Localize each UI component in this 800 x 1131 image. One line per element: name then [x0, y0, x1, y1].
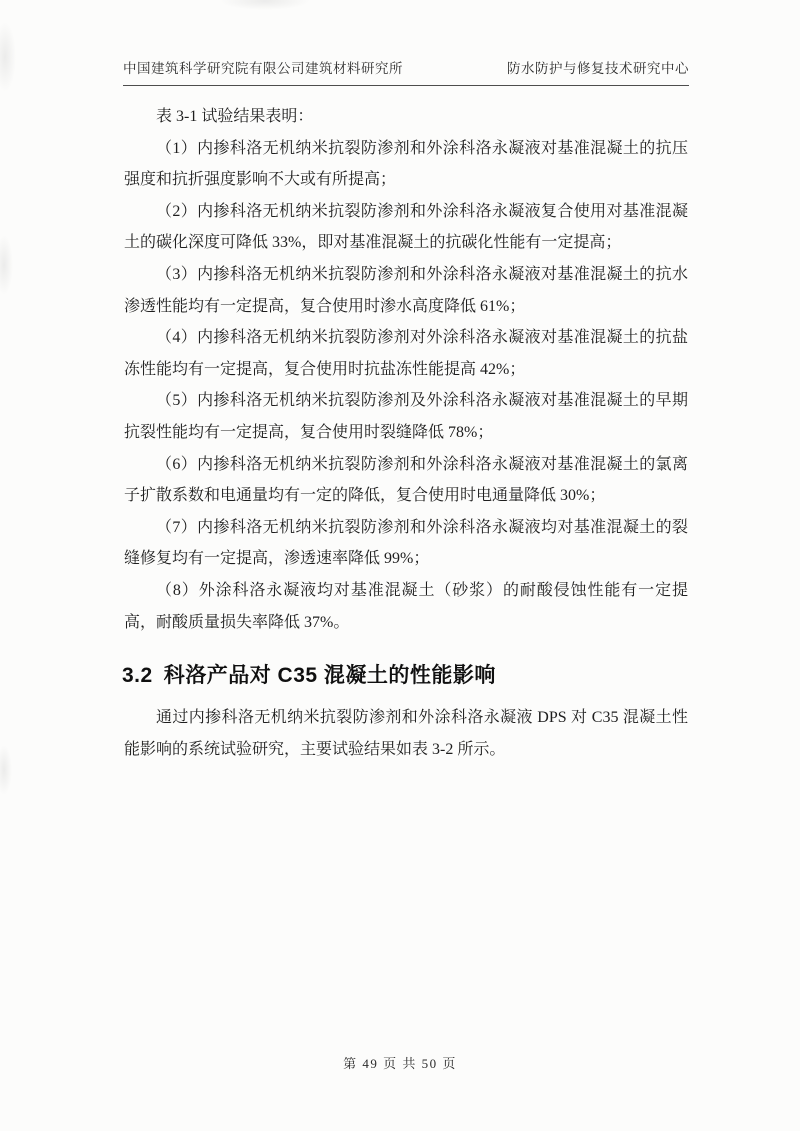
body-paragraph: （7）内掺科洛无机纳米抗裂防渗剂和外涂科洛永凝液均对基准混凝土的裂缝修复均有一定… [124, 512, 688, 575]
body-paragraph: （6）内掺科洛无机纳米抗裂防渗剂和外涂科洛永凝液对基准混凝土的氯离子扩散系数和电… [124, 449, 688, 512]
body-paragraph: （3）内掺科洛无机纳米抗裂防渗剂和外涂科洛永凝液对基准混凝土的抗水渗透性能均有一… [124, 259, 688, 322]
scan-artifact [220, 0, 310, 10]
body-paragraph: （1）内掺科洛无机纳米抗裂防渗剂和外涂科洛永凝液对基准混凝土的抗压强度和抗折强度… [124, 133, 688, 196]
page-number-text: 第 49 页 共 50 页 [343, 1056, 457, 1071]
body-paragraph: （2）内掺科洛无机纳米抗裂防渗剂和外涂科洛永凝液复合使用对基准混凝土的碳化深度可… [124, 196, 688, 259]
header-right-text: 防水防护与修复技术研究中心 [507, 57, 689, 77]
body-paragraph: （4）内掺科洛无机纳米抗裂防渗剂对外涂科洛永凝液对基准混凝土的抗盐冻性能均有一定… [124, 322, 688, 385]
scan-artifact [0, 745, 12, 795]
header-left-text: 中国建筑科学研究院有限公司建筑材料研究所 [123, 57, 403, 77]
section-paragraph: 通过内掺科洛无机纳米抗裂防渗剂和外涂科洛永凝液 DPS 对 C35 混凝土性能影… [124, 702, 688, 765]
scan-artifact [0, 235, 13, 295]
body-paragraph: （5）内掺科洛无机纳米抗裂防渗剂及外涂科洛永凝液对基准混凝土的早期抗裂性能均有一… [124, 385, 688, 448]
page-header: 中国建筑科学研究院有限公司建筑材料研究所 防水防护与修复技术研究中心 [123, 57, 689, 86]
document-body: 表 3-1 试验结果表明： （1）内掺科洛无机纳米抗裂防渗剂和外涂科洛永凝液对基… [124, 101, 688, 765]
section-number: 3.2 [122, 664, 153, 687]
body-paragraph: （8）外涂科洛永凝液均对基准混凝土（砂浆）的耐酸侵蚀性能有一定提高，耐酸质量损失… [124, 575, 688, 638]
document-page: 中国建筑科学研究院有限公司建筑材料研究所 防水防护与修复技术研究中心 表 3-1… [0, 0, 800, 1131]
body-intro: 表 3-1 试验结果表明： [124, 101, 688, 133]
section-heading: 3.2科洛产品对 C35 混凝土的性能影响 [122, 661, 688, 691]
section-title: 科洛产品对 C35 混凝土的性能影响 [164, 664, 496, 687]
page-footer: 第 49 页 共 50 页 [0, 1053, 800, 1072]
scan-artifact [0, 22, 16, 92]
